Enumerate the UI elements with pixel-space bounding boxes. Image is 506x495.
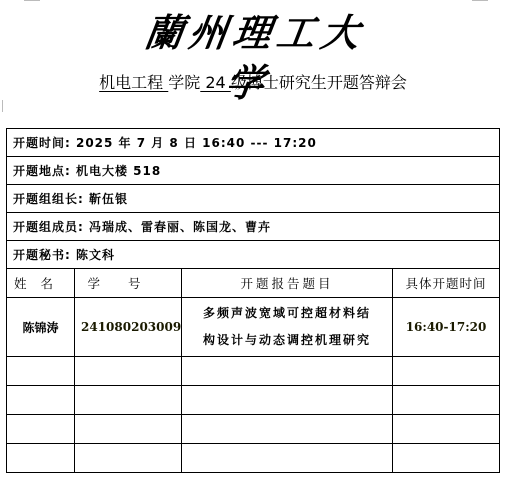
info-location: 开题地点: 机电大楼 518	[7, 157, 500, 185]
college-suffix: 学院	[168, 73, 200, 92]
table-row-empty	[7, 444, 500, 473]
empty-cell	[393, 357, 500, 386]
page-title: 机电工程 学院 24 级博士研究生开题答辩会	[0, 70, 506, 93]
empty-cell	[75, 357, 182, 386]
title-rest: 级博士研究生开题答辩会	[231, 73, 407, 92]
info-time: 开题时间: 2025 年 7 月 8 日 16:40 --- 17:20	[7, 129, 500, 157]
university-logo: 蘭州理工大学	[136, 8, 373, 58]
empty-cell	[7, 444, 75, 473]
info-leader: 开题组组长: 靳伍银	[7, 185, 500, 213]
college-name: 机电工程	[99, 73, 168, 92]
student-name: 陈锦涛	[7, 298, 75, 357]
grade: 24	[200, 73, 231, 92]
empty-cell	[7, 386, 75, 415]
table-row-empty	[7, 357, 500, 386]
header-time: 具体开题时间	[393, 269, 500, 298]
header-student-id: 学号	[75, 269, 182, 298]
topic-line-2: 构设计与动态调控机理研究	[203, 333, 371, 347]
page-corner-mark	[24, 0, 40, 2]
page-margin-mark	[2, 100, 4, 112]
empty-cell	[182, 444, 393, 473]
info-members: 开题组成员: 冯瑞成、雷春丽、陈国龙、曹卉	[7, 213, 500, 241]
table-row-empty	[7, 415, 500, 444]
empty-cell	[182, 386, 393, 415]
empty-cell	[7, 415, 75, 444]
table-row: 陈锦涛 241080203009 多频声波宽域可控超材料结构设计与动态调控机理研…	[7, 298, 500, 357]
topic-line-1: 多频声波宽域可控超材料结	[203, 306, 371, 320]
table-row-empty	[7, 386, 500, 415]
page-corner-mark	[472, 0, 488, 2]
empty-cell	[393, 415, 500, 444]
empty-cell	[182, 415, 393, 444]
empty-cell	[7, 357, 75, 386]
info-secretary: 开题秘书: 陈文科	[7, 241, 500, 269]
empty-cell	[75, 386, 182, 415]
empty-cell	[182, 357, 393, 386]
empty-cell	[393, 444, 500, 473]
empty-cell	[75, 444, 182, 473]
empty-cell	[75, 415, 182, 444]
defense-time: 16:40-17:20	[393, 298, 500, 357]
header-name: 姓名	[7, 269, 75, 298]
empty-cell	[393, 386, 500, 415]
header-topic: 开题报告题目	[182, 269, 393, 298]
defense-schedule-table: 开题时间: 2025 年 7 月 8 日 16:40 --- 17:20 开题地…	[6, 128, 500, 473]
report-topic: 多频声波宽域可控超材料结构设计与动态调控机理研究	[182, 298, 393, 357]
student-id: 241080203009	[75, 298, 182, 357]
